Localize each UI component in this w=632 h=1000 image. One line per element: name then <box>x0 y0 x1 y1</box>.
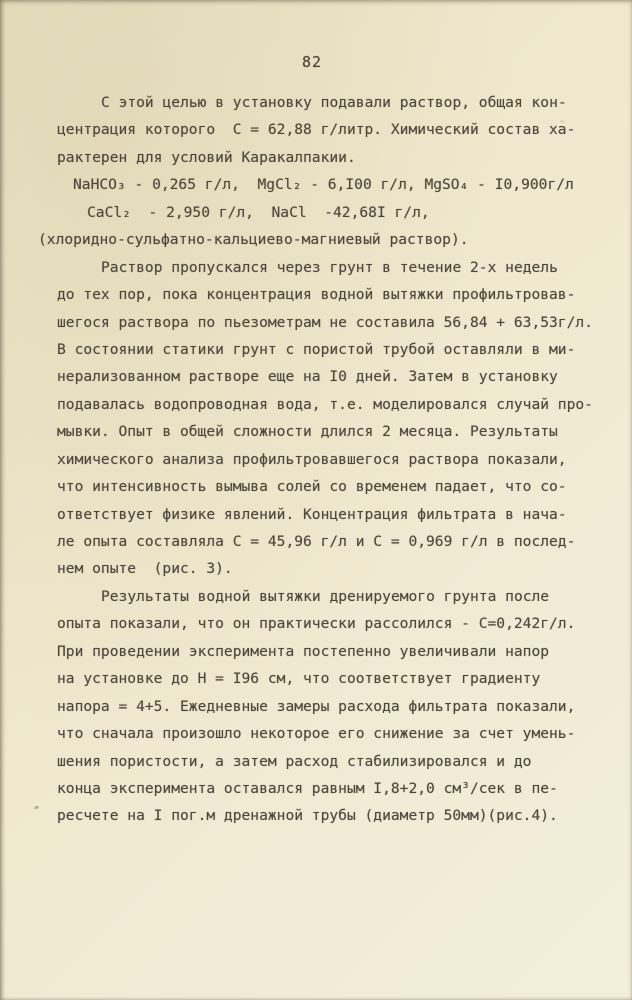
text-line: Раствор пропускался через грунт в течени… <box>57 254 617 281</box>
text-line: химического анализа профильтровавшегося … <box>57 446 617 473</box>
text-line: мывки. Опыт в общей сложности длился 2 м… <box>57 418 617 445</box>
paper-speck <box>34 805 40 810</box>
text-line: NaHCO₃ - 0,265 г/л, MgCl₂ - 6,I00 г/л, M… <box>57 171 617 198</box>
text-line: до тех пор, пока концентрация водной выт… <box>57 281 617 308</box>
text-line: шения пористости, а затем расход стабили… <box>57 748 617 775</box>
text-line: С этой целью в установку подавали раство… <box>57 89 617 116</box>
text-line: что интенсивность вымыва солей со времен… <box>57 473 617 500</box>
text-line: центрация которого С = 62,88 г/литр. Хим… <box>57 116 617 143</box>
text-line: CaCl₂ - 2,950 г/л, NaCl -42,68I г/л, <box>57 199 617 226</box>
page-number: 82 <box>0 53 624 71</box>
text-line: нем опыте (рис. 3). <box>57 555 617 582</box>
scanned-document-page: 82 С этой целью в установку подавали рас… <box>0 0 632 1000</box>
text-line: опыта показали, что он практически рассо… <box>57 610 617 637</box>
text-line: ресчете на I пог.м дренажной трубы (диам… <box>57 802 617 829</box>
text-line: напора = 4+5. Ежедневные замеры расхода … <box>57 693 617 720</box>
text-line: на установке до Н = I96 см, что соответс… <box>57 665 617 692</box>
text-line: (хлоридно-сульфатно-кальциево-магниевый … <box>38 226 617 253</box>
text-line: В состоянии статики грунт с пористой тру… <box>57 336 617 363</box>
text-line: ле опыта составляла С = 45,96 г/л и С = … <box>57 528 617 555</box>
text-line: подавалась водопроводная вода, т.е. моде… <box>57 391 617 418</box>
text-line: что сначала произошло некоторое его сниж… <box>57 720 617 747</box>
text-line: рактерен для условий Каракалпакии. <box>57 144 617 171</box>
text-line: нерализованном растворе еще на I0 дней. … <box>57 363 617 390</box>
text-line: При проведении эксперимента постепенно у… <box>57 638 617 665</box>
text-line: шегося раствора по пьезометрам не состав… <box>57 309 617 336</box>
text-line: конца эксперимента оставался равным I,8+… <box>57 775 617 802</box>
text-line: ответствует физике явлений. Концентрация… <box>57 501 617 528</box>
typewritten-text-body: С этой целью в установку подавали раство… <box>57 89 617 830</box>
text-line: Результаты водной вытяжки дренируемого г… <box>57 583 617 610</box>
